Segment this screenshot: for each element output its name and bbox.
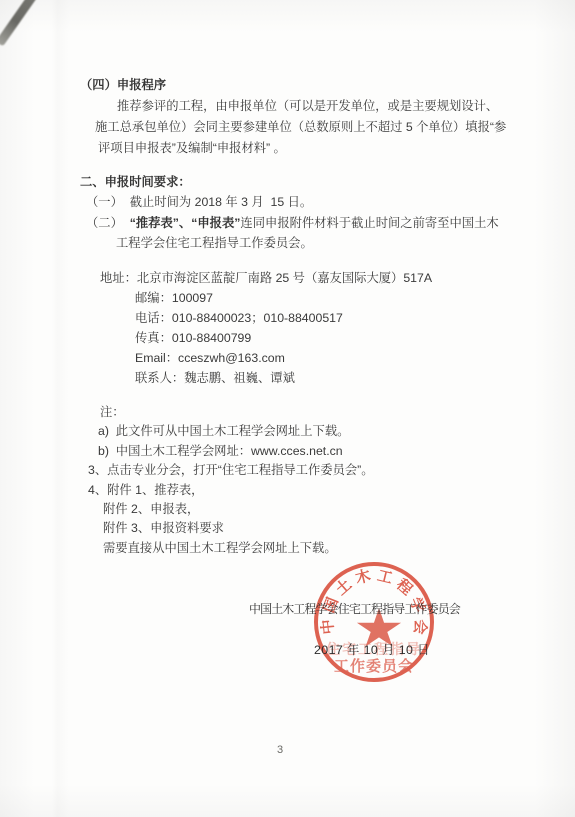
scan-corner-mark-icon	[0, 0, 38, 46]
address-line: 地址：北京市海淀区蓝靛厂南路 25 号（嘉友国际大厦）517A	[100, 268, 520, 288]
list-item-continuation: 工程学会住宅工程指导工作委员会。	[80, 233, 540, 253]
note-item-4: 4、附件 1、推荐表，	[88, 481, 508, 500]
seal-arc-char: 木	[354, 568, 372, 586]
committee-signature: 中国土木工程学会住宅工程指导工作委员会	[249, 600, 460, 617]
seal-inner-line2: 工作委员会	[318, 659, 430, 674]
list-item: （一） 截止时间为 2018 年 3 月 15 日。	[80, 192, 540, 212]
note-item-a: a) 此文件可从中国土木工程学会网址上下载。	[88, 422, 508, 441]
page-number: 3	[277, 744, 283, 756]
seal-arc-char: 会	[412, 619, 428, 636]
paragraph-line: 施工总承包单位）会同主要参建单位（总数原则上不超过 5 个单位）填报“参	[80, 117, 540, 138]
seal-arc-char: 中	[320, 619, 336, 636]
item-rest-text: 连同申报附件材料于截止时间之前寄至中国土木	[240, 216, 498, 230]
item-prefix: （二）	[86, 216, 130, 230]
list-item: （二） “推荐表”、“申报表”连同申报附件材料于截止时间之前寄至中国土木	[80, 213, 540, 233]
notes-label: 注：	[88, 403, 508, 422]
note-item-3: 3、点击专业分会，打开“住宅工程指导工作委员会”。	[88, 461, 508, 480]
note-download-line: 需要直接从中国土木工程学会网址上下载。	[88, 539, 508, 558]
paragraph-line: 评项目申报表”及编制“申报材料” 。	[80, 138, 540, 159]
scanned-document-page: （四）申报程序 推荐参评的工程，由申报单位（可以是开发单位，或是主要规划设计、 …	[0, 0, 575, 817]
contact-info-block: 地址：北京市海淀区蓝靛厂南路 25 号（嘉友国际大厦）517A 邮编：10009…	[100, 268, 520, 388]
note-item-b: b) 中国土木工程学会网址：www.cces.net.cn	[88, 442, 508, 461]
notes-block: 注： a) 此文件可从中国土木工程学会网址上下载。 b) 中国土木工程学会网址：…	[88, 403, 508, 558]
seal-arc-char: 土	[333, 577, 354, 598]
signature-date: 2017 年 10 月 10 日	[314, 640, 430, 658]
email-line: Email：cceszwh@163.com	[100, 348, 520, 368]
section-heading: 二、申报时间要求：	[80, 172, 540, 192]
postcode-line: 邮编：100097	[100, 288, 520, 308]
seal-arc-char: 工	[376, 568, 394, 586]
official-red-seal: 中国土木工程学会 住宅工程指导 工作委员会	[314, 562, 434, 682]
paragraph-line: 推荐参评的工程，由申报单位（可以是开发单位，或是主要规划设计、	[80, 96, 540, 117]
section-heading: （四）申报程序	[80, 75, 540, 96]
phone-line: 电话：010-88400023；010-88400517	[100, 308, 520, 328]
section-deadline-requirements: 二、申报时间要求： （一） 截止时间为 2018 年 3 月 15 日。 （二）…	[80, 172, 540, 254]
item-bold-text: “推荐表”、“申报表”	[130, 216, 241, 230]
note-attachment-3: 附件 3、申报资料要求	[88, 519, 508, 538]
contact-persons-line: 联系人：魏志鹏、祖巍、谭斌	[100, 368, 520, 388]
fax-line: 传真：010-88400799	[100, 328, 520, 348]
note-attachment-2: 附件 2、申报表，	[88, 500, 508, 519]
section-application-procedure: （四）申报程序 推荐参评的工程，由申报单位（可以是开发单位，或是主要规划设计、 …	[80, 75, 540, 159]
seal-arc-char: 程	[394, 577, 415, 598]
